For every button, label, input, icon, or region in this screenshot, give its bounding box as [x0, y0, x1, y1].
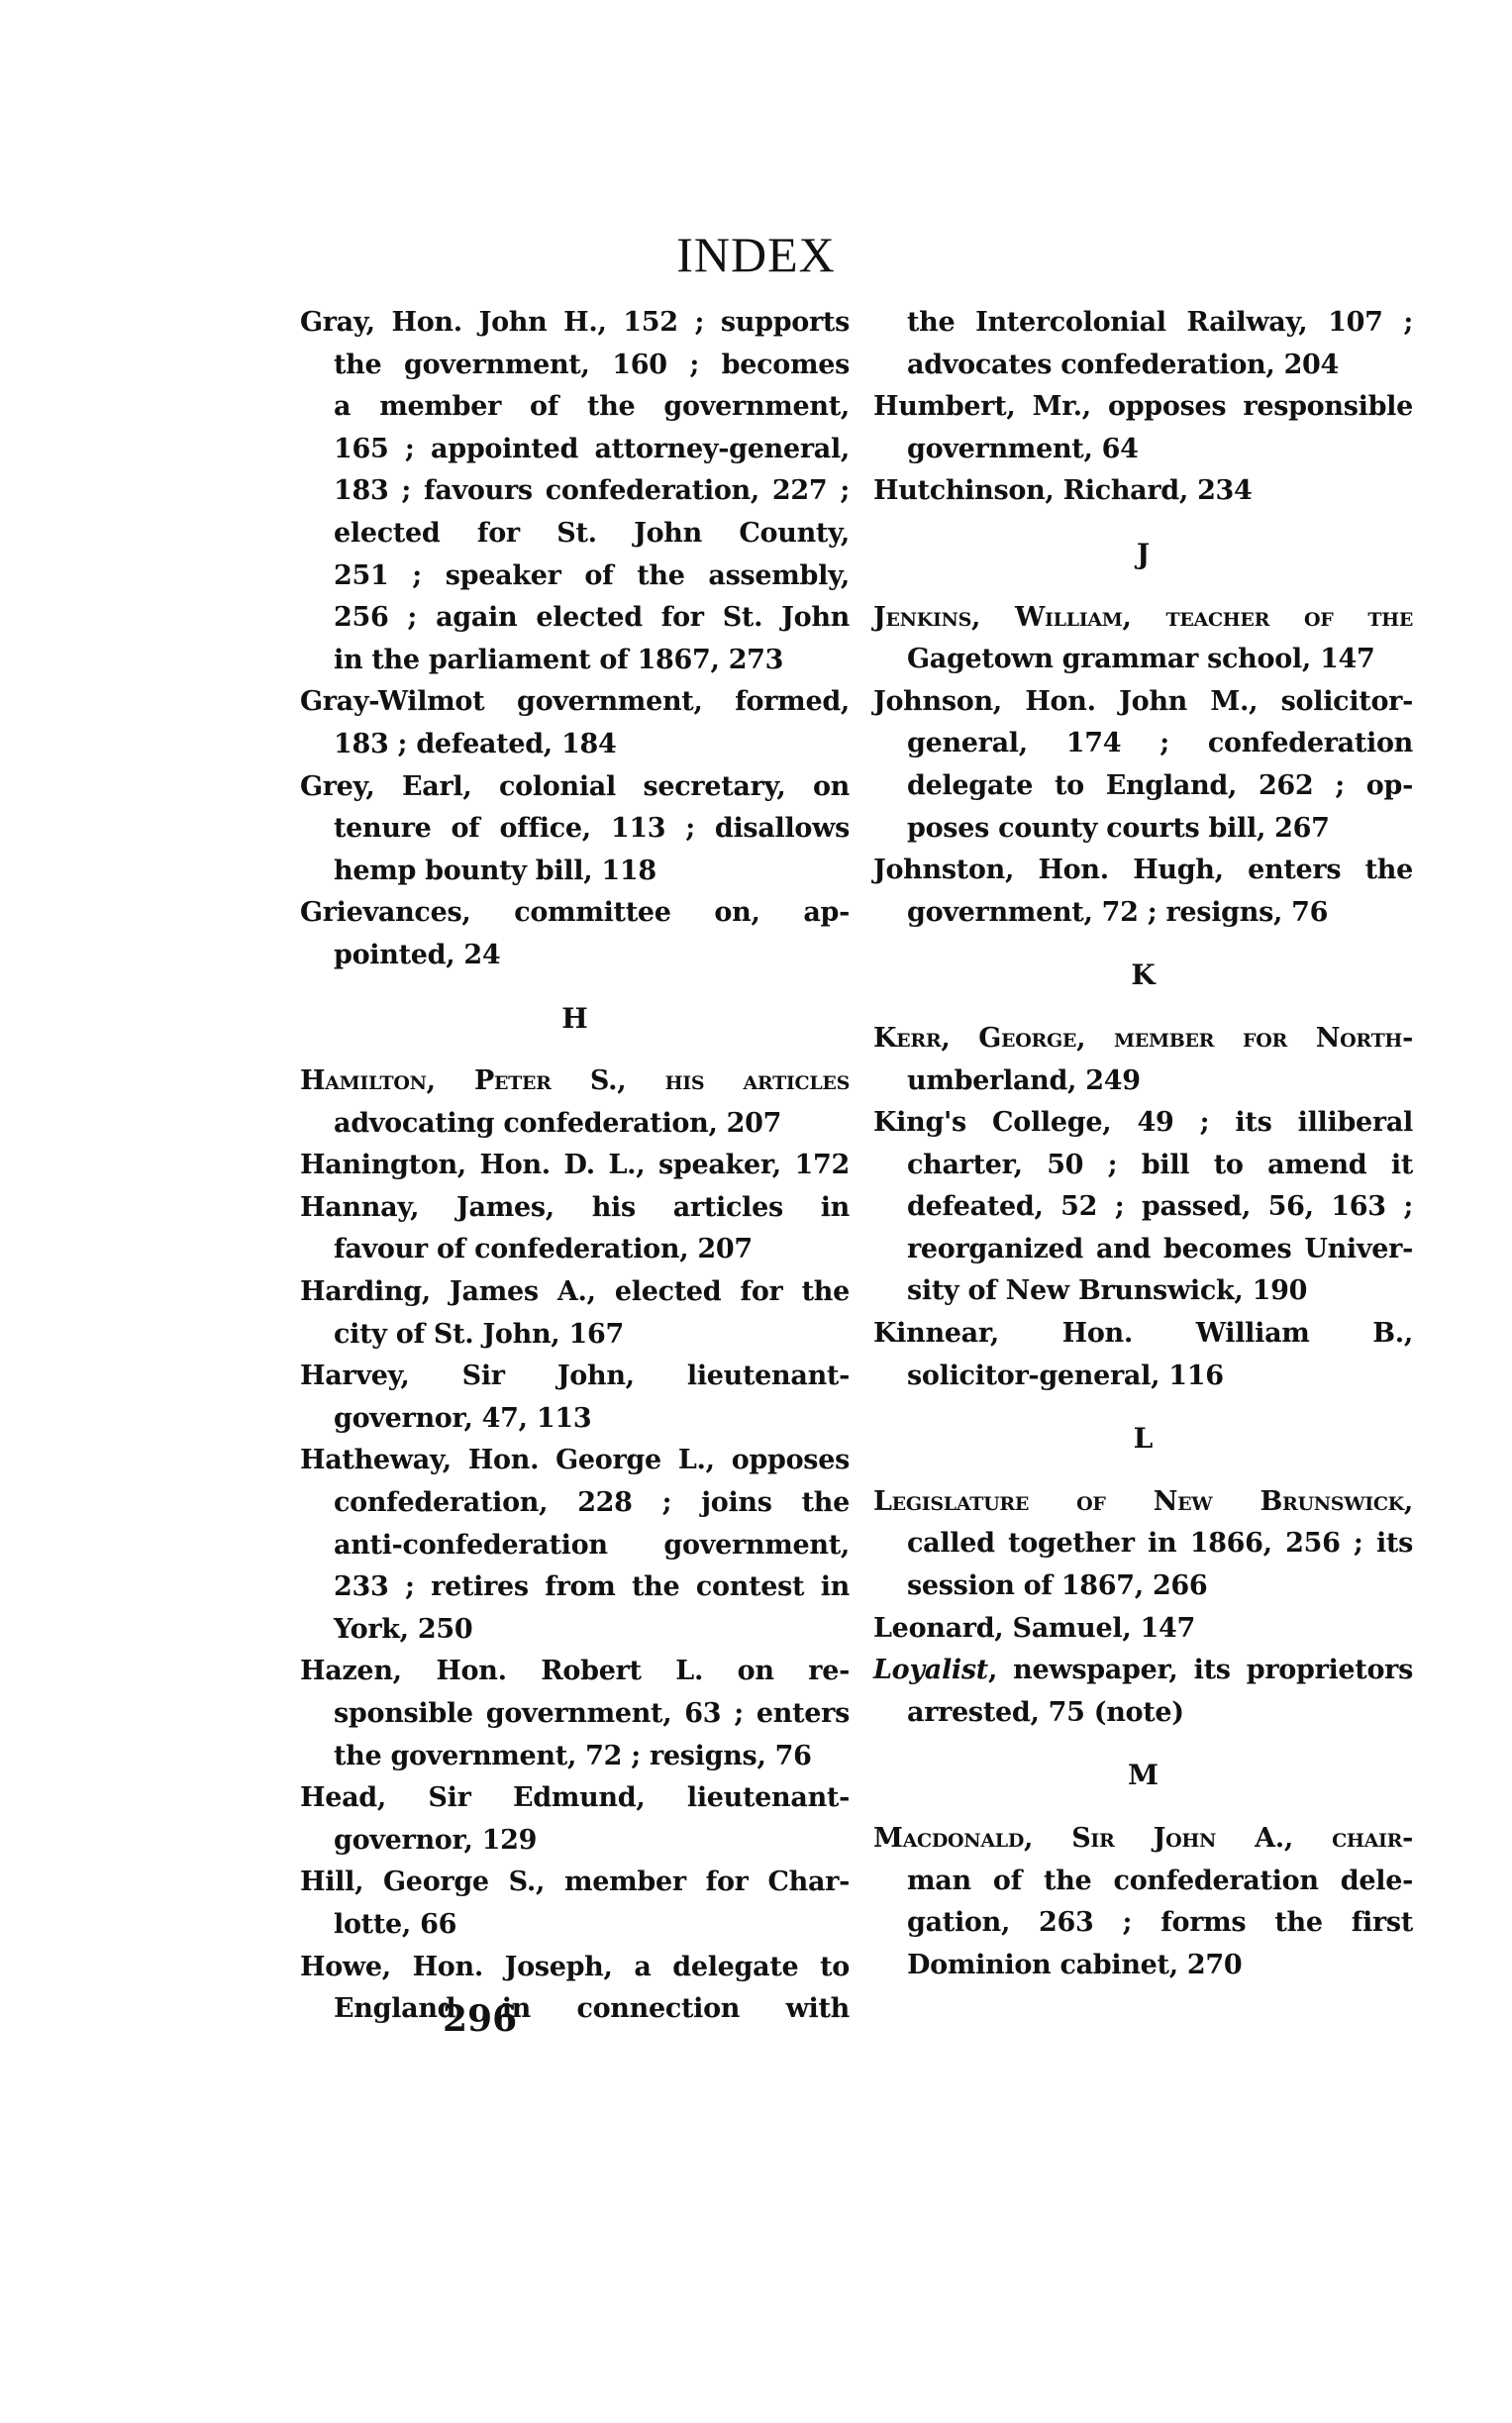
- spacer: [873, 1461, 1413, 1481]
- index-entry-continuation: government, 64: [873, 429, 1413, 471]
- index-entry: Grey, Earl, colonial secretary, on: [300, 766, 850, 809]
- index-entry: Gray-Wilmot government, formed,: [300, 681, 850, 724]
- index-entry-continuation: governor, 129: [300, 1820, 850, 1863]
- index-entry-continuation: 233 ; retires from the contest in: [300, 1566, 850, 1609]
- index-entry: Hannay, James, his articles in: [300, 1187, 850, 1230]
- index-entry-continuation: in the parliament of 1867, 273: [300, 640, 850, 682]
- spacer: [873, 576, 1413, 597]
- section-letter-heading: H: [300, 998, 850, 1041]
- index-entry-continuation: government, 72 ; resigns, 76: [873, 892, 1413, 935]
- spacer: [873, 934, 1413, 955]
- index-entry: Hill, George S., member for Char-: [300, 1862, 850, 1904]
- spacer: [300, 1040, 850, 1060]
- index-entry-continuation: hemp bounty bill, 118: [300, 851, 850, 893]
- index-entry: Jenkins, William, teacher of the: [873, 597, 1413, 640]
- index-entry-continuation: advocates confederation, 204: [873, 345, 1413, 387]
- index-entry-continuation: Gagetown grammar school, 147: [873, 639, 1413, 681]
- index-entry-continuation: sity of New Brunswick, 190: [873, 1270, 1413, 1313]
- index-entry: Gray, Hon. John H., 152 ; supports: [300, 302, 850, 345]
- index-entry-continuation: 183 ; favours confederation, 227 ;: [300, 470, 850, 513]
- index-entry: Macdonald, Sir John A., chair-: [873, 1818, 1413, 1861]
- spacer: [873, 997, 1413, 1018]
- index-entry-continuation: defeated, 52 ; passed, 56, 163 ;: [873, 1186, 1413, 1229]
- index-entry-continuation: York, 250: [300, 1609, 850, 1652]
- index-entry-continuation: lotte, 66: [300, 1904, 850, 1947]
- index-entry-continuation: 165 ; appointed attorney-general,: [300, 429, 850, 471]
- spacer: [300, 977, 850, 998]
- index-entry: Humbert, Mr., opposes responsible: [873, 386, 1413, 429]
- index-entry-continuation: general, 174 ; confederation: [873, 723, 1413, 765]
- index-entry-continuation: elected for St. John County,: [300, 513, 850, 555]
- page-number: 296: [443, 1998, 517, 2040]
- index-entry-continuation: tenure of office, 113 ; disallows: [300, 808, 850, 851]
- index-entry: Harding, James A., elected for the: [300, 1271, 850, 1314]
- index-entry-continuation: England in connection with: [300, 1988, 850, 2031]
- spacer: [873, 1797, 1413, 1818]
- index-entry-continuation: solicitor-general, 116: [873, 1356, 1413, 1398]
- index-entry-continuation: reorganized and becomes Univer-: [873, 1229, 1413, 1271]
- index-column-left: Gray, Hon. John H., 152 ; supportsthe go…: [300, 302, 850, 2031]
- index-entry: Hanington, Hon. D. L., speaker, 172: [300, 1145, 850, 1187]
- spacer: [873, 513, 1413, 534]
- page-title: INDEX: [0, 226, 1512, 283]
- spacer: [873, 1734, 1413, 1755]
- index-entry-continuation: man of the confederation dele-: [873, 1861, 1413, 1903]
- index-entry-continuation: sponsible government, 63 ; enters: [300, 1693, 850, 1736]
- index-entry-continuation: the Intercolonial Railway, 107 ;: [873, 302, 1413, 345]
- index-entry: Hutchinson, Richard, 234: [873, 470, 1413, 513]
- index-entry-continuation: 256 ; again elected for St. John: [300, 597, 850, 640]
- index-entry-continuation: pointed, 24: [300, 935, 850, 977]
- index-entry-continuation: favour of confederation, 207: [300, 1229, 850, 1271]
- index-entry-continuation: Dominion cabinet, 270: [873, 1945, 1413, 1987]
- index-entry-continuation: arrested, 75 (note): [873, 1692, 1413, 1735]
- italic-title: Loyalist: [873, 1655, 988, 1685]
- index-entry-continuation: 183 ; defeated, 184: [300, 724, 850, 766]
- index-entry: King's College, 49 ; its illiberal: [873, 1102, 1413, 1145]
- index-entry: Kerr, George, member for North-: [873, 1018, 1413, 1060]
- section-letter-heading: J: [873, 534, 1413, 576]
- index-entry-continuation: charter, 50 ; bill to amend it: [873, 1145, 1413, 1187]
- index-entry-continuation: session of 1867, 266: [873, 1565, 1413, 1608]
- index-entry: Howe, Hon. Joseph, a delegate to: [300, 1947, 850, 1989]
- index-entry-continuation: a member of the government,: [300, 386, 850, 429]
- index-entry: Head, Sir Edmund, lieutenant-: [300, 1777, 850, 1820]
- index-entry-continuation: delegate to England, 262 ; op-: [873, 765, 1413, 808]
- index-entry-continuation: anti-confederation government,: [300, 1525, 850, 1567]
- index-entry: Kinnear, Hon. William B.,: [873, 1313, 1413, 1356]
- section-letter-heading: M: [873, 1755, 1413, 1797]
- index-entry: Johnson, Hon. John M., solicitor-: [873, 681, 1413, 724]
- index-entry: Hazen, Hon. Robert L. on re-: [300, 1651, 850, 1693]
- index-entry-continuation: umberland, 249: [873, 1060, 1413, 1103]
- index-entry: Loyalist, newspaper, its proprietors: [873, 1650, 1413, 1692]
- index-entry-continuation: the government, 160 ; becomes: [300, 345, 850, 387]
- index-entry-continuation: 251 ; speaker of the assembly,: [300, 555, 850, 598]
- index-entry-continuation: the government, 72 ; resigns, 76: [300, 1736, 850, 1778]
- index-entry-continuation: advocating confederation, 207: [300, 1103, 850, 1146]
- section-letter-heading: L: [873, 1418, 1413, 1461]
- index-entry-continuation: gation, 263 ; forms the first: [873, 1902, 1413, 1945]
- section-letter-heading: K: [873, 955, 1413, 997]
- index-entry-continuation: city of St. John, 167: [300, 1314, 850, 1357]
- index-entry-continuation: confederation, 228 ; joins the: [300, 1482, 850, 1525]
- index-entry: Harvey, Sir John, lieutenant-: [300, 1356, 850, 1398]
- index-entry-continuation: called together in 1866, 256 ; its: [873, 1523, 1413, 1565]
- index-entry-continuation: governor, 47, 113: [300, 1398, 850, 1441]
- index-entry-continuation: poses county courts bill, 267: [873, 808, 1413, 851]
- index-entry: Leonard, Samuel, 147: [873, 1608, 1413, 1651]
- index-entry: Grievances, committee on, ap-: [300, 892, 850, 935]
- index-entry: Legislature of New Brunswick,: [873, 1481, 1413, 1524]
- index-entry: Hamilton, Peter S., his articles: [300, 1060, 850, 1103]
- index-entry: Hatheway, Hon. George L., opposes: [300, 1440, 850, 1482]
- spacer: [873, 1397, 1413, 1418]
- index-column-right: the Intercolonial Railway, 107 ;advocate…: [873, 302, 1413, 1986]
- index-entry: Johnston, Hon. Hugh, enters the: [873, 850, 1413, 892]
